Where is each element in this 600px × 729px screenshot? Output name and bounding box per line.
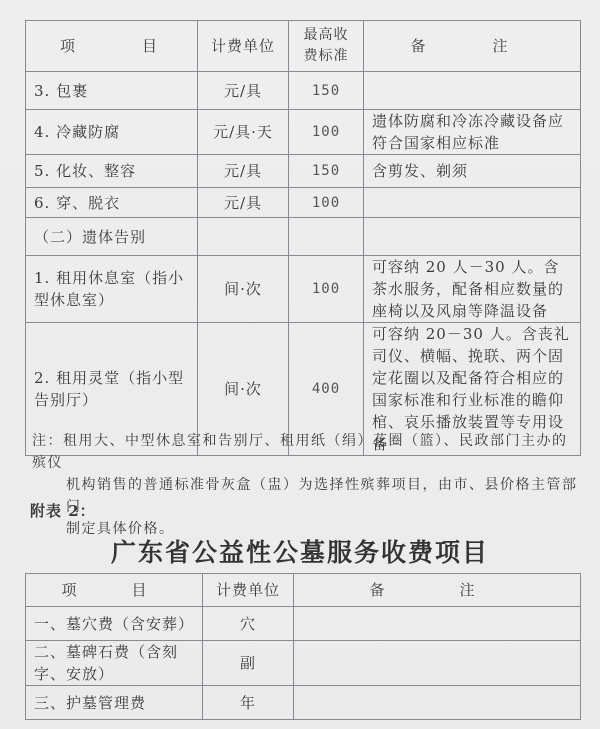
- table-footnote: 注：租用大、中型休息室和告别厅、租用纸（绢）花圈（篮）、民政部门主办的殡仪 机构…: [32, 430, 580, 540]
- cell-fee: [289, 218, 364, 256]
- document-page: 项 目 计费单位 最高收费标准 备 注 3. 包裹 元/具 150 4. 冷藏防…: [0, 0, 600, 729]
- table-row: 三、护墓管理费 年: [26, 686, 581, 720]
- footnote-line: 注：租用大、中型休息室和告别厅、租用纸（绢）花圈（篮）、民政部门主办的殡仪: [32, 433, 568, 471]
- cell-remark: [294, 641, 581, 686]
- cemetery-fee-table: 项 目 计费单位 备 注 一、墓穴费（含安葬） 穴 二、墓碑石费（含刻字、安放）…: [25, 573, 581, 720]
- table-row: 5. 化妆、整容 元/具 150 含剪发、剃须: [26, 155, 581, 188]
- cell-remark: 可容纳 20 人－30 人。含茶水服务，配备相应数量的座椅以及风扇等降温设备: [364, 256, 581, 323]
- cell-fee: 100: [289, 256, 364, 323]
- cell-remark: [364, 218, 581, 256]
- cell-unit: 元/具: [198, 72, 289, 110]
- footnote-line: 机构销售的普通标准骨灰盒（盅）为选择性殡葬项目，由市、县价格主管部门: [32, 474, 580, 518]
- cell-fee: 100: [289, 110, 364, 155]
- table-title: 广东省公益性公墓服务收费项目: [0, 533, 600, 569]
- table-row: 二、墓碑石费（含刻字、安放） 副: [26, 641, 581, 686]
- cell-fee: 100: [289, 188, 364, 218]
- cell-fee: 150: [289, 72, 364, 110]
- cell-item: 三、护墓管理费: [26, 686, 203, 720]
- header-max-fee: 最高收费标准: [289, 21, 364, 72]
- cell-item: 1. 租用休息室（指小型休息室）: [26, 256, 198, 323]
- header-item: 项 目: [26, 574, 203, 607]
- cell-item: （二）遗体告别: [26, 218, 198, 256]
- cell-remark: 遗体防腐和冷冻冷藏设备应符合国家相应标准: [364, 110, 581, 155]
- cell-unit: [198, 218, 289, 256]
- table-section-row: （二）遗体告别: [26, 218, 581, 256]
- cell-item: 二、墓碑石费（含刻字、安放）: [26, 641, 203, 686]
- cell-unit: 元/具: [198, 155, 289, 188]
- table-row: 1. 租用休息室（指小型休息室） 间·次 100 可容纳 20 人－30 人。含…: [26, 256, 581, 323]
- cell-item: 3. 包裹: [26, 72, 198, 110]
- header-unit: 计费单位: [203, 574, 294, 607]
- cell-unit: 间·次: [198, 256, 289, 323]
- header-item: 项 目: [26, 21, 198, 72]
- cell-remark: [294, 686, 581, 720]
- table-row: 4. 冷藏防腐 元/具·天 100 遗体防腐和冷冻冷藏设备应符合国家相应标准: [26, 110, 581, 155]
- cell-unit: 元/具·天: [198, 110, 289, 155]
- cell-unit: 副: [203, 641, 294, 686]
- table-header-row: 项 目 计费单位 最高收费标准 备 注: [26, 21, 581, 72]
- cell-remark: 含剪发、剃须: [364, 155, 581, 188]
- header-unit: 计费单位: [198, 21, 289, 72]
- cell-item: 6. 穿、脱衣: [26, 188, 198, 218]
- header-remark: 备 注: [364, 21, 581, 72]
- cell-item: 5. 化妆、整容: [26, 155, 198, 188]
- cell-remark: [294, 607, 581, 641]
- cell-remark: [364, 188, 581, 218]
- funeral-fee-table: 项 目 计费单位 最高收费标准 备 注 3. 包裹 元/具 150 4. 冷藏防…: [25, 20, 581, 456]
- table-row: 6. 穿、脱衣 元/具 100: [26, 188, 581, 218]
- cell-unit: 元/具: [198, 188, 289, 218]
- table-row: 一、墓穴费（含安葬） 穴: [26, 607, 581, 641]
- table-row: 3. 包裹 元/具 150: [26, 72, 581, 110]
- cell-fee: 150: [289, 155, 364, 188]
- cell-unit: 年: [203, 686, 294, 720]
- cell-unit: 穴: [203, 607, 294, 641]
- cell-remark: [364, 72, 581, 110]
- cell-item: 4. 冷藏防腐: [26, 110, 198, 155]
- cell-item: 一、墓穴费（含安葬）: [26, 607, 203, 641]
- appendix-label: 附表 2：: [30, 500, 96, 521]
- header-remark: 备 注: [294, 574, 581, 607]
- table-header-row: 项 目 计费单位 备 注: [26, 574, 581, 607]
